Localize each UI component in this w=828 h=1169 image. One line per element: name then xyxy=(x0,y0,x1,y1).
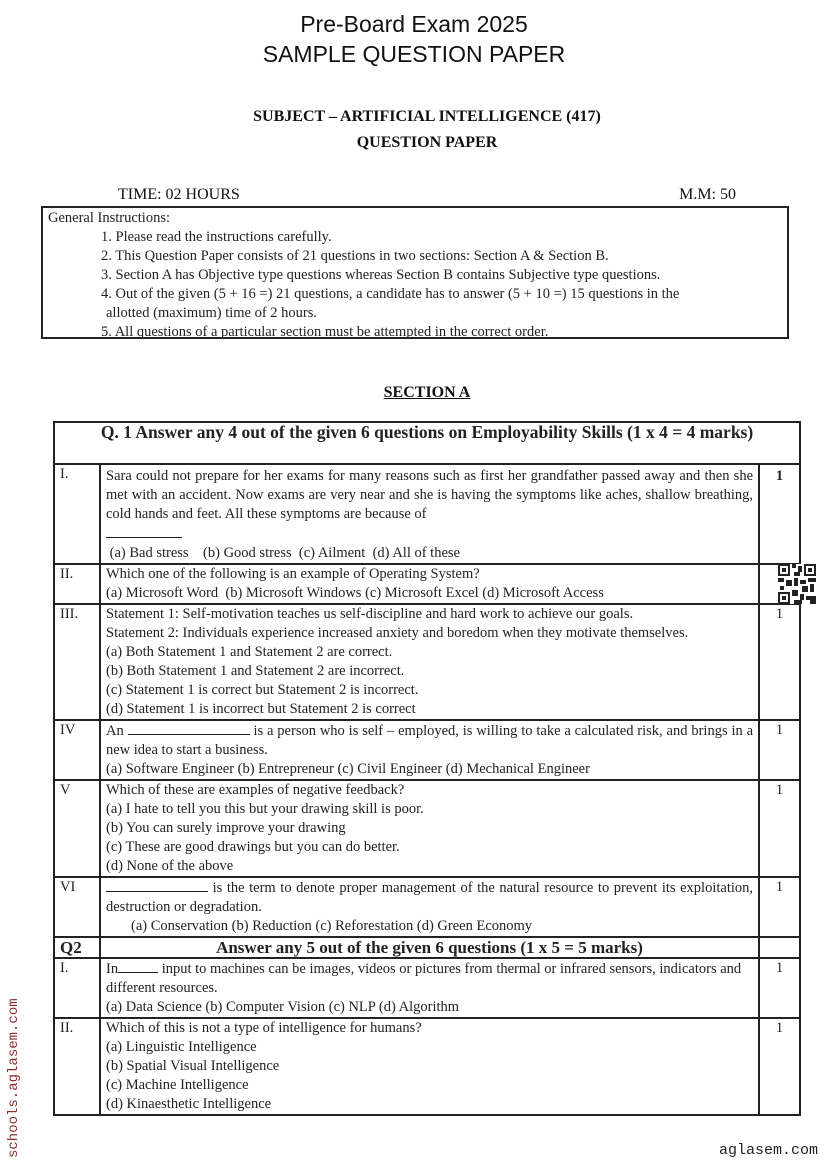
subject-title: SUBJECT – ARTIFICIAL INTELLIGENCE (417) xyxy=(0,108,828,126)
option-d: (d) Kinaesthetic Intelligence xyxy=(106,1095,753,1114)
question-number: V xyxy=(54,780,100,877)
question-text: Which of this is not a type of intellige… xyxy=(106,1019,753,1038)
question-text-main: input to machines can be images, videos … xyxy=(106,961,741,996)
question-marks: 1 xyxy=(759,604,800,720)
question-number: II. xyxy=(54,564,100,604)
statement-1: Statement 1: Self-motivation teaches us … xyxy=(106,605,753,624)
instruction-item: 5. All questions of a particular section… xyxy=(48,323,782,342)
option-b: (b) Both Statement 1 and Statement 2 are… xyxy=(106,662,753,681)
q1-heading-row: Q. 1 Answer any 4 out of the given 6 que… xyxy=(54,422,800,464)
exam-title: Pre-Board Exam 2025 xyxy=(0,10,828,38)
option-b: (b) You can surely improve your drawing xyxy=(106,819,753,838)
statement-2: Statement 2: Individuals experience incr… xyxy=(106,624,753,643)
question-text-prefix: An xyxy=(106,723,124,739)
question-row: I. In input to machines can be images, v… xyxy=(54,958,800,1018)
question-marks: 1 xyxy=(759,1018,800,1115)
question-row: II. Which of this is not a type of intel… xyxy=(54,1018,800,1115)
option-c: (c) Machine Intelligence xyxy=(106,1076,753,1095)
question-body: Sara could not prepare for her exams for… xyxy=(100,464,759,564)
footer-watermark: aglasem.com xyxy=(719,1142,818,1159)
answer-blank xyxy=(128,721,250,735)
question-options: (a) Data Science (b) Computer Vision (c)… xyxy=(106,998,753,1017)
question-text: An is a person who is self – employed, i… xyxy=(106,721,753,760)
qr-code-icon xyxy=(778,564,816,604)
question-table: Q. 1 Answer any 4 out of the given 6 que… xyxy=(53,421,801,1116)
question-number: I. xyxy=(54,958,100,1018)
option-d: (d) None of the above xyxy=(106,857,753,876)
option-d: (d) Statement 1 is incorrect but Stateme… xyxy=(106,700,753,719)
question-body: Statement 1: Self-motivation teaches us … xyxy=(100,604,759,720)
instruction-item: 2. This Question Paper consists of 21 qu… xyxy=(48,247,782,266)
question-number: VI xyxy=(54,877,100,937)
instruction-item: 3. Section A has Objective type question… xyxy=(48,266,782,285)
question-options: (a) Software Engineer (b) Entrepreneur (… xyxy=(106,760,753,779)
question-row: I. Sara could not prepare for her exams … xyxy=(54,464,800,564)
option-a: (a) Both Statement 1 and Statement 2 are… xyxy=(106,643,753,662)
option-b: (b) Spatial Visual Intelligence xyxy=(106,1057,753,1076)
question-row: III. Statement 1: Self-motivation teache… xyxy=(54,604,800,720)
general-instructions: General Instructions: 1. Please read the… xyxy=(41,206,789,339)
instructions-title: General Instructions: xyxy=(48,209,782,228)
side-watermark: schools.aglasem.com xyxy=(6,998,22,1158)
question-text: Which one of the following is an example… xyxy=(106,565,753,584)
paper-type: SAMPLE QUESTION PAPER xyxy=(0,40,828,68)
instruction-item: 4. Out of the given (5 + 16 =) 21 questi… xyxy=(48,285,782,304)
question-marks: 1 xyxy=(759,720,800,780)
answer-blank xyxy=(106,524,182,538)
question-body: Which of this is not a type of intellige… xyxy=(100,1018,759,1115)
question-text: Which of these are examples of negative … xyxy=(106,781,753,800)
question-number: III. xyxy=(54,604,100,720)
question-row: V Which of these are examples of negativ… xyxy=(54,780,800,877)
answer-blank xyxy=(118,959,158,973)
question-options: (a) Conservation (b) Reduction (c) Refor… xyxy=(106,917,753,936)
question-body: Which of these are examples of negative … xyxy=(100,780,759,877)
question-marks: 1 xyxy=(759,958,800,1018)
time-label: TIME: 02 HOURS xyxy=(118,186,240,203)
option-a: (a) Linguistic Intelligence xyxy=(106,1038,753,1057)
question-number: I. xyxy=(54,464,100,564)
q1-heading: Q. 1 Answer any 4 out of the given 6 que… xyxy=(54,422,800,464)
question-options: (a) Microsoft Word (b) Microsoft Windows… xyxy=(106,584,753,603)
question-text-prefix: In xyxy=(106,961,118,977)
question-text: is the term to denote proper management … xyxy=(106,878,753,917)
q2-number: Q2 xyxy=(54,937,100,958)
option-a: (a) I hate to tell you this but your dra… xyxy=(106,800,753,819)
option-c: (c) Statement 1 is correct but Statement… xyxy=(106,681,753,700)
question-body: Which one of the following is an example… xyxy=(100,564,759,604)
question-row: IV An is a person who is self – employed… xyxy=(54,720,800,780)
question-marks: 1 xyxy=(759,780,800,877)
instruction-item-continued: allotted (maximum) time of 2 hours. xyxy=(48,304,782,323)
q2-heading: Answer any 5 out of the given 6 question… xyxy=(100,937,759,958)
answer-blank xyxy=(106,878,208,892)
instruction-item: 1. Please read the instructions carefull… xyxy=(48,228,782,247)
question-row: VI is the term to denote proper manageme… xyxy=(54,877,800,937)
question-text: In input to machines can be images, vide… xyxy=(106,959,753,998)
question-marks: 1 xyxy=(759,877,800,937)
question-number: II. xyxy=(54,1018,100,1115)
question-number: IV xyxy=(54,720,100,780)
option-c: (c) These are good drawings but you can … xyxy=(106,838,753,857)
doc-label: QUESTION PAPER xyxy=(0,134,828,152)
q2-heading-row: Q2 Answer any 5 out of the given 6 quest… xyxy=(54,937,800,958)
question-body: In input to machines can be images, vide… xyxy=(100,958,759,1018)
question-marks: 1 xyxy=(759,464,800,564)
max-marks: M.M: 50 xyxy=(679,186,736,204)
question-body: An is a person who is self – employed, i… xyxy=(100,720,759,780)
time-marks-line: TIME: 02 HOURS M.M: 50 xyxy=(118,186,736,204)
question-row: II. Which one of the following is an exa… xyxy=(54,564,800,604)
question-options: (a) Bad stress (b) Good stress (c) Ailme… xyxy=(106,544,753,563)
section-a-title: SECTION A xyxy=(0,384,828,402)
q2-marks-cell xyxy=(759,937,800,958)
question-text: Sara could not prepare for her exams for… xyxy=(106,465,753,524)
question-body: is the term to denote proper management … xyxy=(100,877,759,937)
